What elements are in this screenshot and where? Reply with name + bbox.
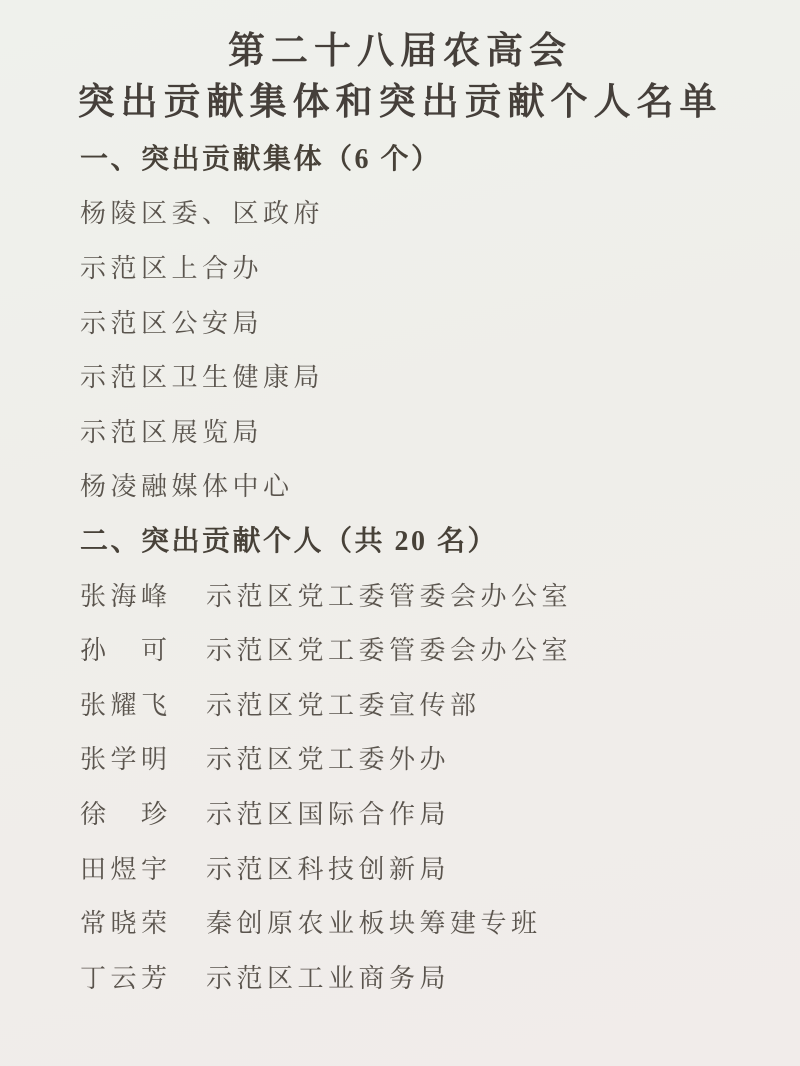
- person-name: 张海峰: [80, 576, 182, 613]
- person-org: 示范区党工委管委会办公室: [206, 576, 572, 613]
- person-row: 张学明 示范区党工委外办: [80, 731, 760, 786]
- section-1-heading-row: 一、突出贡献集体（6 个）: [80, 130, 760, 185]
- group-item-row: 示范区上合办: [80, 239, 760, 294]
- person-name: 丁云芳: [80, 958, 182, 995]
- person-name: 徐 珍: [80, 794, 182, 831]
- group-item-row: 示范区卫生健康局: [80, 348, 760, 403]
- person-name: 孙 可: [80, 630, 182, 667]
- title-line-1: 第二十八届农高会: [40, 26, 760, 77]
- group-item: 示范区公安局: [80, 303, 263, 340]
- person-org: 示范区党工委外办: [206, 739, 450, 776]
- person-row: 常晓荣 秦创原农业板块筹建专班: [80, 894, 760, 949]
- person-org: 示范区国际合作局: [206, 794, 450, 831]
- group-item: 示范区上合办: [80, 248, 263, 285]
- title-line-2: 突出贡献集体和突出贡献个人名单: [40, 77, 760, 128]
- person-row: 丁云芳 示范区工业商务局: [80, 949, 760, 1004]
- document-page: 第二十八届农高会 突出贡献集体和突出贡献个人名单 一、突出贡献集体（6 个） 杨…: [0, 0, 800, 1066]
- group-item-row: 杨陵区委、区政府: [80, 185, 760, 240]
- group-item: 示范区展览局: [80, 412, 263, 449]
- section-1-heading: 一、突出贡献集体（6 个）: [80, 137, 442, 177]
- person-row: 田煜宇 示范区科技创新局: [80, 840, 760, 895]
- section-2-heading: 二、突出贡献个人（共 20 名）: [80, 519, 498, 559]
- group-item: 杨凌融媒体中心: [80, 466, 294, 503]
- person-row: 张海峰 示范区党工委管委会办公室: [80, 567, 760, 622]
- document-body: 一、突出贡献集体（6 个） 杨陵区委、区政府 示范区上合办 示范区公安局 示范区…: [80, 130, 760, 1004]
- person-row: 徐 珍 示范区国际合作局: [80, 785, 760, 840]
- group-item-row: 示范区公安局: [80, 294, 760, 349]
- person-name: 张耀飞: [80, 685, 182, 722]
- group-item: 杨陵区委、区政府: [80, 193, 324, 230]
- person-name: 张学明: [80, 739, 182, 776]
- person-org: 秦创原农业板块筹建专班: [206, 903, 542, 940]
- person-row: 张耀飞 示范区党工委宣传部: [80, 676, 760, 731]
- group-item-row: 杨凌融媒体中心: [80, 458, 760, 513]
- group-item-row: 示范区展览局: [80, 403, 760, 458]
- group-item: 示范区卫生健康局: [80, 357, 324, 394]
- person-name: 田煜宇: [80, 849, 182, 886]
- person-name: 常晓荣: [80, 903, 182, 940]
- person-org: 示范区党工委宣传部: [206, 685, 481, 722]
- person-row: 孙 可 示范区党工委管委会办公室: [80, 621, 760, 676]
- section-2-heading-row: 二、突出贡献个人（共 20 名）: [80, 512, 760, 567]
- person-org: 示范区工业商务局: [206, 958, 450, 995]
- document-title: 第二十八届农高会 突出贡献集体和突出贡献个人名单: [40, 26, 760, 128]
- person-org: 示范区科技创新局: [206, 849, 450, 886]
- person-org: 示范区党工委管委会办公室: [206, 630, 572, 667]
